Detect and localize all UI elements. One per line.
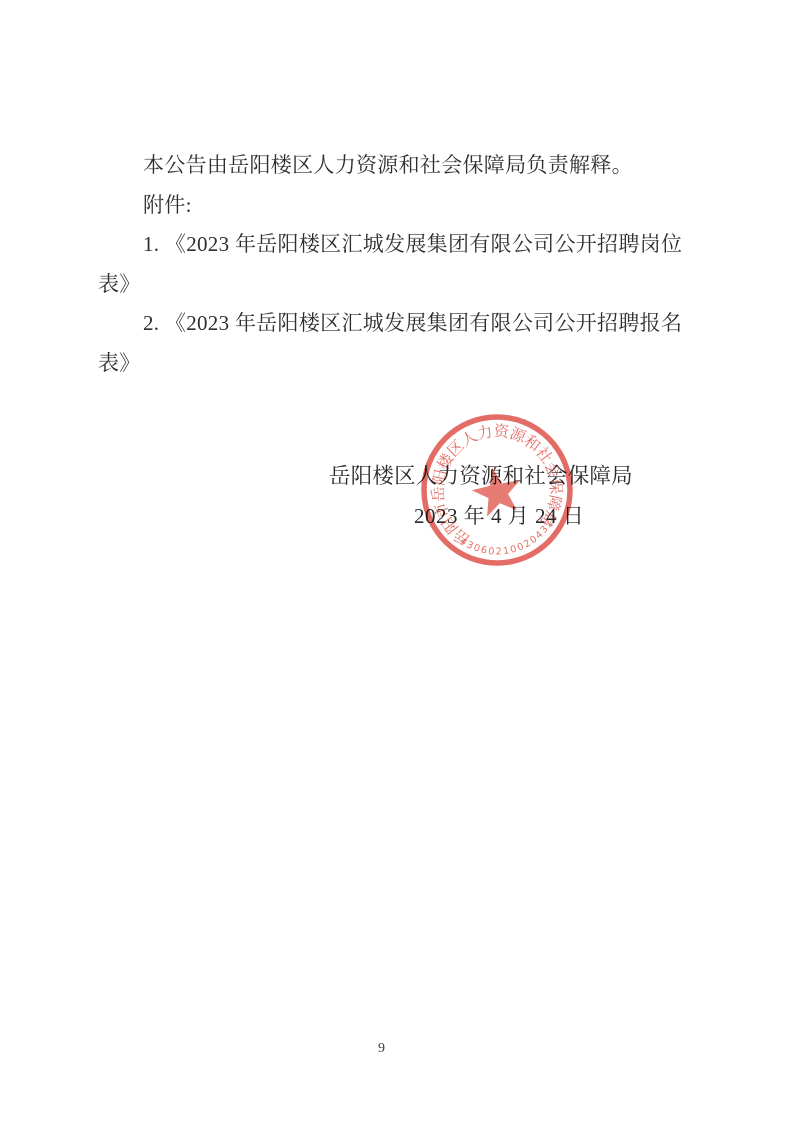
svg-text:4: 4 (458, 536, 469, 549)
svg-text:4: 4 (533, 529, 545, 541)
svg-text:和: 和 (521, 432, 544, 456)
svg-text:0: 0 (516, 541, 526, 553)
svg-text:0: 0 (509, 544, 518, 556)
attachments-label: 附件: (143, 189, 192, 219)
svg-text:6: 6 (480, 545, 488, 557)
svg-text:1: 1 (502, 545, 510, 557)
svg-text:0: 0 (488, 546, 495, 558)
signature-agency: 岳阳楼区人力资源和社会保障局 (329, 459, 633, 490)
attachment-2-line-1: 2. 《2023 年岳阳楼区汇城发展集团有限公司公开招聘报名 (143, 307, 682, 337)
svg-text:资: 资 (493, 422, 510, 441)
svg-text:0: 0 (472, 542, 481, 554)
svg-text:人: 人 (458, 427, 480, 450)
attachment-1-line-2: 表》 (98, 268, 141, 298)
svg-text:0: 0 (528, 534, 539, 546)
official-seal: 岳阳市岳阳楼区人力资源和社会保障局43060210020432 (417, 410, 577, 570)
svg-text:3: 3 (465, 539, 475, 552)
svg-text:2: 2 (522, 538, 533, 551)
document-page: 本公告由岳阳楼区人力资源和社会保障局负责解释。 附件: 1. 《2023 年岳阳… (0, 0, 793, 1121)
paragraph-interpretation-note: 本公告由岳阳楼区人力资源和社会保障局负责解释。 (143, 149, 633, 179)
page-number: 9 (378, 1041, 385, 1057)
signature-date: 2023 年 4 月 24 日 (414, 500, 584, 530)
svg-text:力: 力 (475, 422, 494, 443)
attachment-2-line-2: 表》 (98, 347, 141, 377)
svg-text:2: 2 (496, 546, 502, 557)
svg-text:区: 区 (444, 437, 468, 461)
attachment-1-line-1: 1. 《2023 年岳阳楼区汇城发展集团有限公司公开招聘岗位 (143, 228, 682, 258)
svg-text:源: 源 (507, 424, 528, 447)
